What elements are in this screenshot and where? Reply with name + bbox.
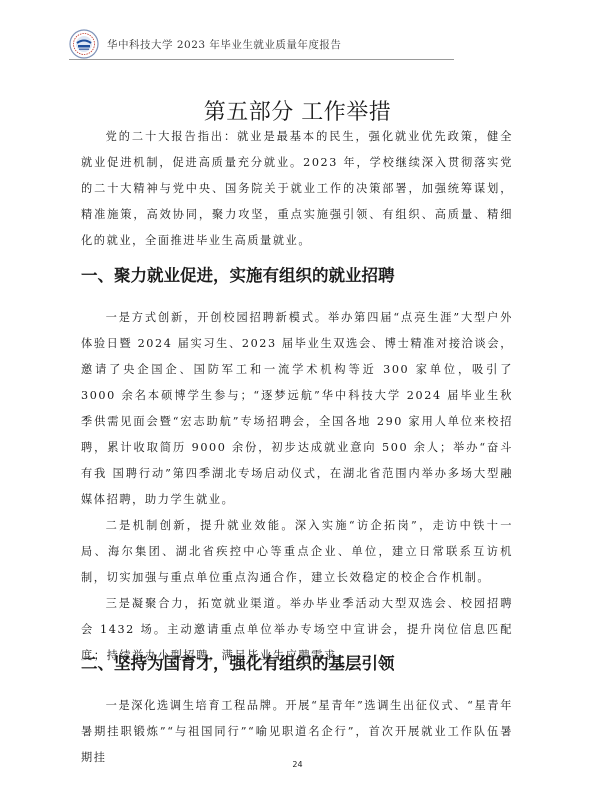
header-divider: [69, 59, 454, 60]
section-1-body: 一是方式创新，开创校园招聘新模式。举办第四届“点亮生涯”大型户外体验日暨 202…: [81, 305, 513, 669]
paragraph: 二是机制创新，提升就业效能。深入实施“访企拓岗”，走访中铁十一局、海尔集团、湖北…: [81, 513, 513, 591]
intro-block: 党的二十大报告指出：就业是最基本的民生，强化就业优先政策，健全就业促进机制，促进…: [81, 124, 513, 254]
running-header: 华中科技大学 2023 年毕业生就业质量年度报告: [69, 30, 454, 58]
university-seal-icon: [69, 29, 99, 59]
section-heading-1: 一、聚力就业促进，实施有组织的就业招聘: [81, 262, 521, 286]
page-number: 24: [0, 760, 595, 769]
intro-paragraph: 党的二十大报告指出：就业是最基本的民生，强化就业优先政策，健全就业促进机制，促进…: [81, 124, 513, 254]
section-heading-2: 二、坚持为国育才，强化有组织的基层引领: [81, 650, 521, 674]
paragraph: 一是方式创新，开创校园招聘新模式。举办第四届“点亮生涯”大型户外体验日暨 202…: [81, 305, 513, 513]
page-title: 第五部分 工作举措: [0, 95, 595, 126]
report-title: 华中科技大学 2023 年毕业生就业质量年度报告: [107, 37, 341, 52]
